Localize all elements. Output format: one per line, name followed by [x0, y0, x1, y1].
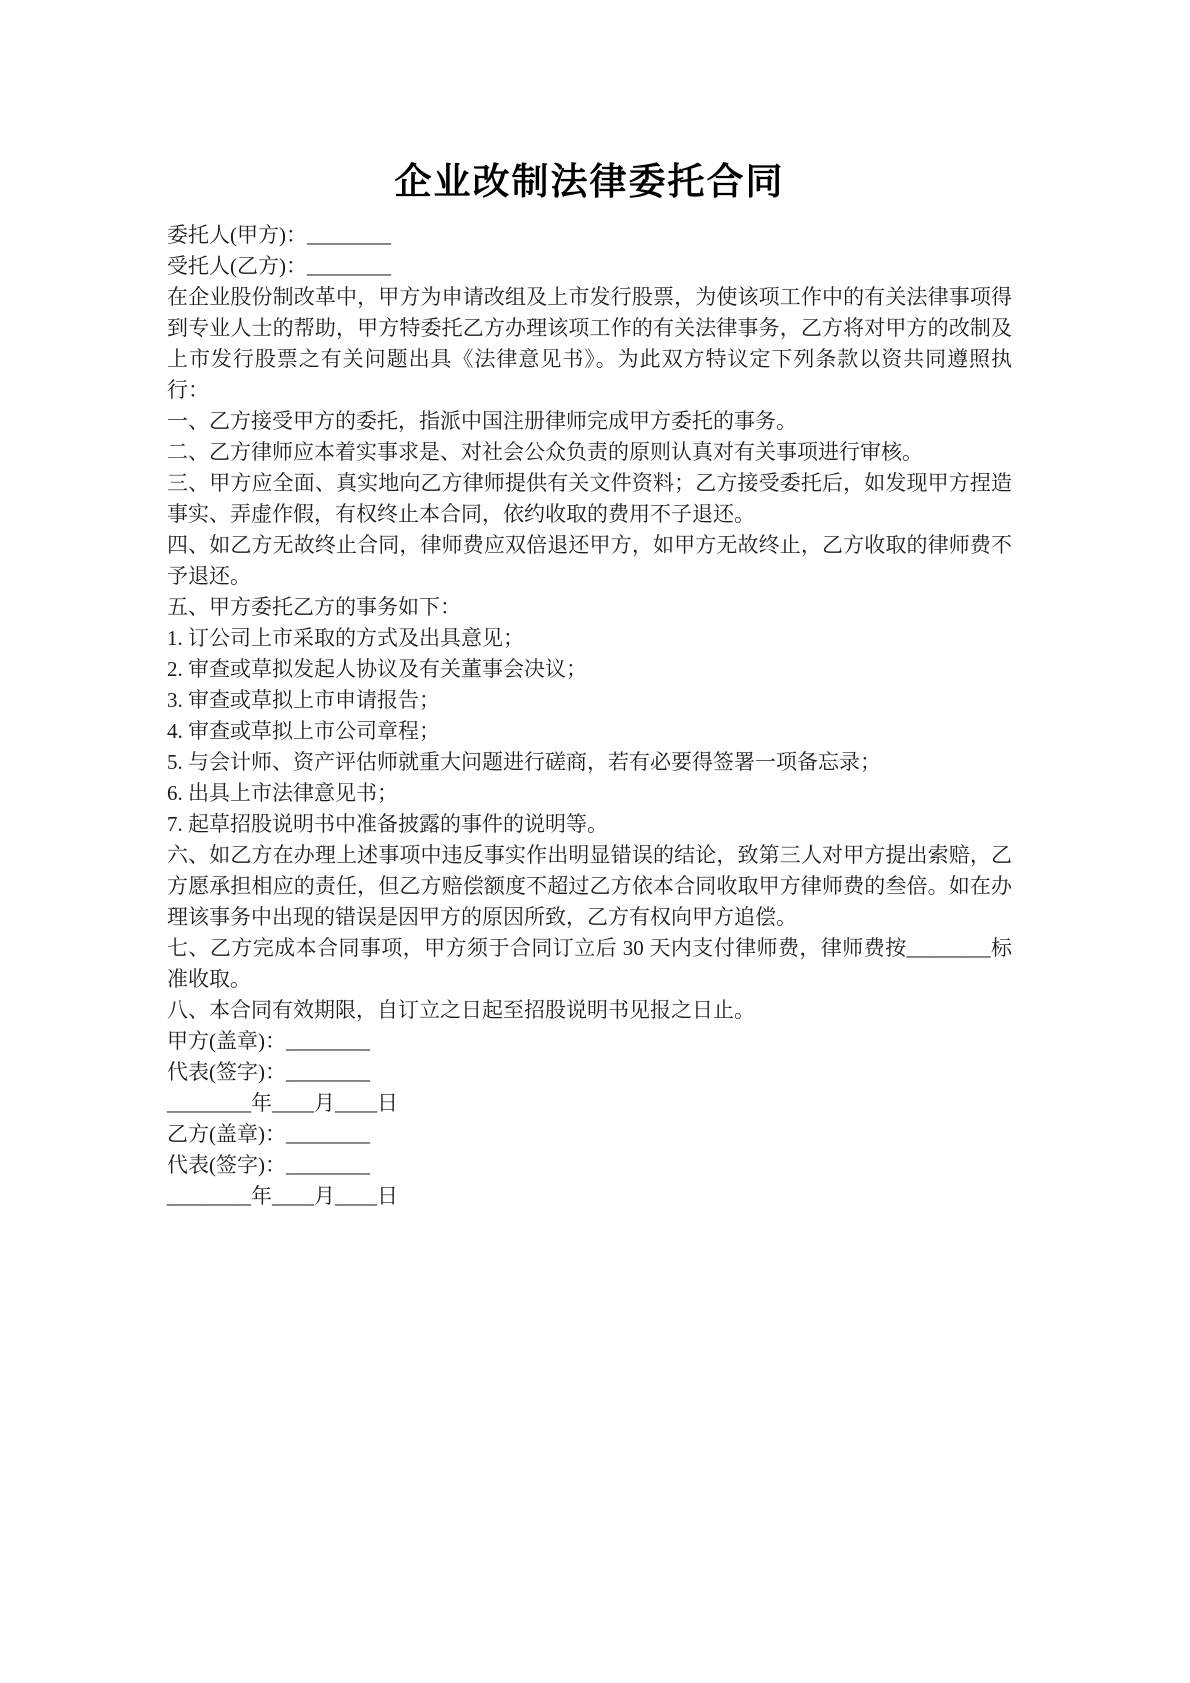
- party-a-line: 委托人(甲方)：________: [167, 220, 1012, 251]
- clause-1: 一、乙方接受甲方的委托，指派中国注册律师完成甲方委托的事务。: [167, 406, 1012, 437]
- party-b-seal-line: 乙方(盖章)：________: [167, 1119, 1012, 1150]
- task-item-5: 5. 与会计师、资产评估师就重大问题进行磋商，若有必要得签署一项备忘录；: [167, 747, 1012, 778]
- task-item-6: 6. 出具上市法律意见书；: [167, 778, 1012, 809]
- clause-3: 三、甲方应全面、真实地向乙方律师提供有关文件资料；乙方接受委托后，如发现甲方捏造…: [167, 468, 1012, 530]
- contract-document-page: 企业改制法律委托合同 委托人(甲方)：________ 受托人(乙方)：____…: [0, 0, 1190, 1683]
- party-b-representative-line: 代表(签字)：________: [167, 1150, 1012, 1181]
- task-item-2: 2. 审查或草拟发起人协议及有关董事会决议；: [167, 654, 1012, 685]
- party-b-date-line: ________年____月____日: [167, 1181, 1012, 1212]
- party-a-date-line: ________年____月____日: [167, 1088, 1012, 1119]
- clause-7: 七、乙方完成本合同事项，甲方须于合同订立后 30 天内支付律师费，律师费按___…: [167, 933, 1012, 995]
- task-item-4: 4. 审查或草拟上市公司章程；: [167, 716, 1012, 747]
- party-a-seal-line: 甲方(盖章)：________: [167, 1026, 1012, 1057]
- document-content: 企业改制法律委托合同 委托人(甲方)：________ 受托人(乙方)：____…: [0, 0, 1190, 1212]
- preamble-paragraph: 在企业股份制改革中，甲方为申请改组及上市发行股票，为使该项工作中的有关法律事项得…: [167, 282, 1012, 406]
- clause-6: 六、如乙方在办理上述事项中违反事实作出明显错误的结论，致第三人对甲方提出索赔，乙…: [167, 840, 1012, 933]
- party-b-line: 受托人(乙方)：________: [167, 251, 1012, 282]
- document-title: 企业改制法律委托合同: [167, 158, 1012, 206]
- task-item-7: 7. 起草招股说明书中准备披露的事件的说明等。: [167, 809, 1012, 840]
- task-item-1: 1. 订公司上市采取的方式及出具意见；: [167, 623, 1012, 654]
- clause-5-intro: 五、甲方委托乙方的事务如下：: [167, 592, 1012, 623]
- party-a-representative-line: 代表(签字)：________: [167, 1057, 1012, 1088]
- task-item-3: 3. 审查或草拟上市申请报告；: [167, 685, 1012, 716]
- clause-8: 八、本合同有效期限，自订立之日起至招股说明书见报之日止。: [167, 995, 1012, 1026]
- clause-4: 四、如乙方无故终止合同，律师费应双倍退还甲方，如甲方无故终止，乙方收取的律师费不…: [167, 530, 1012, 592]
- clause-2: 二、乙方律师应本着实事求是、对社会公众负责的原则认真对有关事项进行审核。: [167, 437, 1012, 468]
